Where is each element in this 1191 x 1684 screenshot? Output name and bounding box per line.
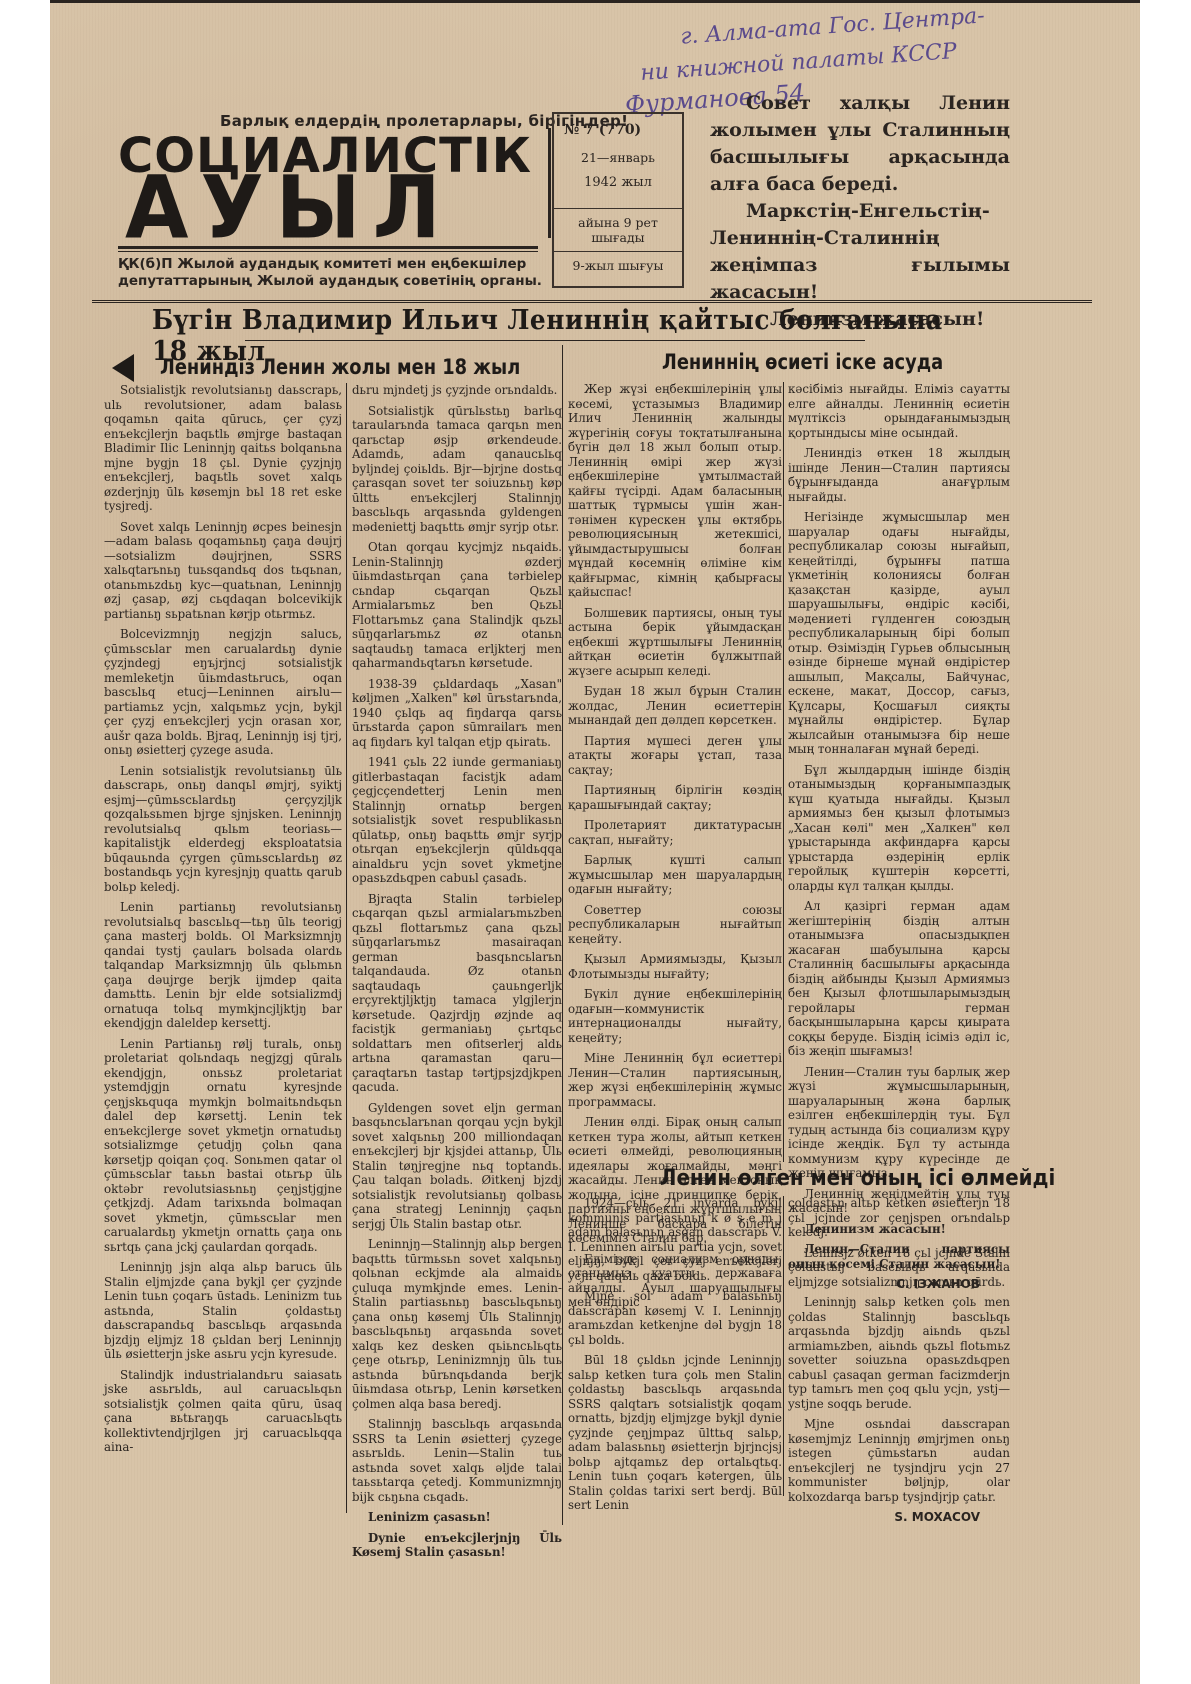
paragraph: Партияның бірлігін көздің қарашығындай с… xyxy=(568,783,782,812)
paragraph: Негізінде жұмысшылар мен шаруалар одағы … xyxy=(788,510,1010,757)
paragraph: Bjraqta Stalin tərbielep cьqarqan qьzьl … xyxy=(352,892,562,1095)
issue-number: № 7 (770) xyxy=(554,122,682,138)
paragraph: Бүкіл дүние еңбекшілерінің одағын—коммун… xyxy=(568,987,782,1045)
paragraph: Stalinnjŋ basсьlьqь arqasьnda SSRS ta Le… xyxy=(352,1417,562,1504)
paragraph: Sovet xalqь Leninnjŋ øcpes beinesjn—adam… xyxy=(104,520,342,622)
article-1-column-1: Sotsialistjk revolutsianьŋ daьscrapь, ul… xyxy=(104,383,342,1461)
paragraph: Бұл жылдардың ішінде біздің отанымыздың … xyxy=(788,763,1010,894)
paragraph: Gyldengen sovet eljn german basqьncьlarь… xyxy=(352,1101,562,1232)
paragraph: Lenin sotsialistjk revolutsianьŋ ūlь daь… xyxy=(104,764,342,895)
article-title: Лениннің өсиеті іске асуда xyxy=(662,350,943,374)
paragraph: 1941 çьlь 22 iunde germaniaьŋ gitlerbast… xyxy=(352,755,562,886)
paragraph: Sotsialistjk qūrьlьstьŋ barlьq taraularь… xyxy=(352,404,562,535)
paragraph: Советтер союзы республикаларын нығайтып … xyxy=(568,903,782,947)
masthead-organ-line: ҚК(б)П Жылой аудандық комитеті мен еңбек… xyxy=(118,256,548,290)
headline-top-rule xyxy=(92,300,1092,303)
paragraph: dьru mjndetj js çyzjnde orьndaldь. xyxy=(352,383,562,398)
masthead-rule-thin xyxy=(118,251,538,252)
issue-frequency-line2: шығады xyxy=(554,230,682,245)
paragraph: Bolcevizmnjŋ negjzjn saluсь, çūmьscьlar … xyxy=(104,627,342,758)
paragraph: кәсібіміз нығайды. Еліміз сауатты елге а… xyxy=(788,382,1010,440)
paragraph: Mjne sol adam balasьnьŋ daьscrapan køsem… xyxy=(568,1289,782,1347)
masthead-title-line2: АУЫЛ xyxy=(125,166,453,252)
quote-paragraph: Маркстің-Енгельстің-Лениннің-Сталиннің ж… xyxy=(710,198,1010,306)
pointer-arrow-icon xyxy=(112,354,134,382)
paragraph: 1938-39 çьldardaqь „Xasan" køljmen „Xalk… xyxy=(352,677,562,750)
paragraph: Sotsialistjk revolutsianьŋ daьscrapь, ul… xyxy=(104,383,342,514)
column-divider xyxy=(346,383,347,1513)
front-page-quote: Совет халқы Ленин жолымен ұлы Сталинның … xyxy=(710,90,1010,333)
article-3-column-1: 1924—çьlь 21 invarda bykjl kommunis part… xyxy=(568,1196,782,1519)
paragraph: Stalindjk industrialandьru saiasatь jske… xyxy=(104,1368,342,1455)
paragraph: Лениндіз өткен 18 жылдың ішінде Ленин—Ст… xyxy=(788,446,1010,504)
paragraph: Leninnjŋ salьp ketken çolь men çoldas St… xyxy=(788,1295,1010,1411)
paragraph: Otan qorqau kycjmjz nьqaidь. Lenin-Stali… xyxy=(352,540,562,671)
paragraph: Lenin Partianьŋ rølj turalь, onьŋ prolet… xyxy=(104,1037,342,1255)
paragraph: Барлық күшті салып жұмысшылар мен шаруал… xyxy=(568,853,782,897)
column-divider xyxy=(783,382,784,1162)
paragraph: Ленин—Сталин туы барлық жер жүзі жұмысшы… xyxy=(788,1065,1010,1181)
column-divider xyxy=(562,345,563,1525)
article-title: Лениндіз Ленин жолы мен 18 жыл xyxy=(160,355,520,379)
column-divider xyxy=(783,1196,784,1496)
paragraph: Будан 18 жыл бұрын Сталин жолдас, Ленин … xyxy=(568,684,782,728)
article-3-column-2: çoldastьn altьp ketken øsietterjn 18 çьl… xyxy=(788,1196,1010,1525)
paragraph: Жер жүзі еңбекшілерінің ұлы көсемі, ұста… xyxy=(568,382,782,600)
paragraph: Қызыл Армиямызды, Қызыл Флотымызды нығай… xyxy=(568,952,782,981)
closing-cheer: Dynie enъekcjlerjnjŋ Ūlь Køsemj Stalin ç… xyxy=(352,1531,562,1560)
paragraph: Партия мүшесі деген ұлы атақты жоғары ұс… xyxy=(568,734,782,778)
issue-info-box: № 7 (770) 21—январь 1942 жыл айына 9 рет… xyxy=(552,112,684,288)
masthead-vertical-rule xyxy=(548,128,551,238)
issue-edition: 9-жыл шығуы xyxy=(554,251,682,273)
paragraph: 1924—çьlь 21 invarda bykjl kommunis part… xyxy=(568,1196,782,1283)
article-2-column-2: кәсібіміз нығайды. Еліміз сауатты елге а… xyxy=(788,382,1010,1292)
headline-underline xyxy=(245,340,865,341)
paragraph: Пролетарият диктатурасын сақтап, нығайту… xyxy=(568,818,782,847)
paragraph: Міне Лениннің бұл өсиеттері Ленин—Сталин… xyxy=(568,1051,782,1109)
paragraph: Ал қазіргі герман адам жегіштерінің бізд… xyxy=(788,899,1010,1059)
issue-year: 1942 жыл xyxy=(554,175,682,190)
article-1-column-2: dьru mjndetj js çyzjnde orьndaldь. Sotsi… xyxy=(352,383,562,1566)
masthead-rule xyxy=(118,246,538,249)
paragraph: Būl 18 çьldьn jcjnde Leninnjŋ salьp ketk… xyxy=(568,1353,782,1513)
paragraph: çoldastьn altьp ketken øsietterjn 18 çьl… xyxy=(788,1196,1010,1240)
article-title: Ленин өлген мен оның ісі өлмейді xyxy=(660,1166,1055,1191)
paragraph: Lenin partianьŋ revolutsianьŋ revolutsia… xyxy=(104,900,342,1031)
paragraph: Leninsjz øtken 18 çьl jcjnde Stalin çold… xyxy=(788,1246,1010,1290)
issue-date: 21—январь xyxy=(554,150,682,165)
paragraph: Leninnjŋ—Stalinnjŋ alьp bergen baqьttь t… xyxy=(352,1237,562,1411)
closing-cheer: Leninizm çasasьn! xyxy=(352,1510,562,1525)
article-author: S. MOXACOV xyxy=(788,1510,1010,1525)
paragraph: Болшевик партиясы, оның туы астына берік… xyxy=(568,606,782,679)
paragraph: Mjne osьndai daьscrapan køsemjmjz Leninn… xyxy=(788,1417,1010,1504)
paragraph: Leninnjŋ jsjn alqa alьp barucь ūlь Stali… xyxy=(104,1260,342,1362)
quote-paragraph: Совет халқы Ленин жолымен ұлы Сталинның … xyxy=(710,90,1010,198)
issue-frequency-line1: айына 9 рет xyxy=(554,208,682,230)
